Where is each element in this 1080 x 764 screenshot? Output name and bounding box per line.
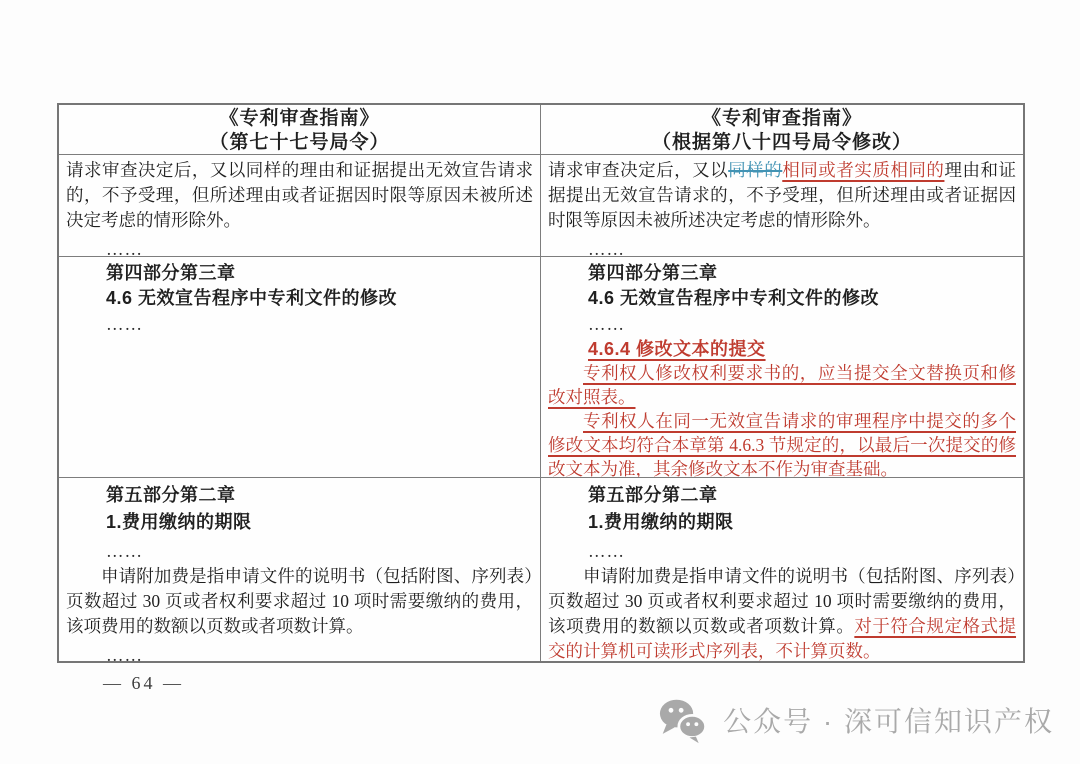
watermark-text: 公众号 · 深可信知识产权 xyxy=(723,700,1054,740)
watermark: 公众号 · 深可信知识产权 xyxy=(655,696,1054,744)
document-page: 《专利审查指南》 （第七十七号局令） 《专利审查指南》 （根据第八十四号局令修改… xyxy=(0,0,1080,764)
left-row1-paragraph: 请求审查决定后，又以同样的理由和证据提出无效宣告请求的，不予受理，但所述理由或者… xyxy=(66,158,533,233)
left-row1-ellipsis: …… xyxy=(66,237,533,257)
guideline-comparison-table: 《专利审查指南》 （第七十七号局令） 《专利审查指南》 （根据第八十四号局令修改… xyxy=(57,103,1025,663)
left-row2-section-heading: 4.6 无效宣告程序中专利文件的修改 xyxy=(66,286,533,310)
left-row3-ellipsis: …… xyxy=(66,539,533,564)
right-header-title: 《专利审查指南》 xyxy=(702,107,862,131)
right-row2-ellipsis: …… xyxy=(548,312,1016,336)
right-row2-added-paragraph-1: 专利权人修改权利要求书的，应当提交全文替换页和修改对照表。 xyxy=(548,361,1016,409)
left-row2-cell: 第四部分第三章 4.6 无效宣告程序中专利文件的修改 …… xyxy=(59,257,541,478)
left-column-header: 《专利审查指南》 （第七十七号局令） xyxy=(59,105,541,155)
left-row2-part-heading: 第四部分第三章 xyxy=(66,261,533,285)
left-row3-cell: 第五部分第二章 1.费用缴纳的期限 …… 申请附加费是指申请文件的说明书（包括附… xyxy=(59,478,541,661)
right-column-header: 《专利审查指南》 （根据第八十四号局令修改） xyxy=(541,105,1023,155)
right-row3-paragraph: 申请附加费是指申请文件的说明书（包括附图、序列表）页数超过 30 页或者权利要求… xyxy=(548,564,1016,662)
right-row2-added-heading: 4.6.4 修改文本的提交 xyxy=(548,337,1016,361)
right-row2-added-paragraph-2: 专利权人在同一无效宣告请求的审理程序中提交的多个修改文本均符合本章第 4.6.3… xyxy=(548,409,1016,478)
left-row1-cell: 请求审查决定后，又以同样的理由和证据提出无效宣告请求的，不予受理，但所述理由或者… xyxy=(59,155,541,257)
left-header-subtitle: （第七十七号局令） xyxy=(209,131,389,155)
wechat-icon xyxy=(655,696,711,744)
left-row3-paragraph: 申请附加费是指申请文件的说明书（包括附图、序列表）页数超过 30 页或者权利要求… xyxy=(66,564,533,639)
right-row2-part-heading: 第四部分第三章 xyxy=(548,261,1016,285)
right-row1-paragraph: 请求审查决定后，又以同样的相同或者实质相同的理由和证据提出无效宣告请求的，不予受… xyxy=(548,158,1016,233)
right-row2-cell: 第四部分第三章 4.6 无效宣告程序中专利文件的修改 …… 4.6.4 修改文本… xyxy=(541,257,1023,478)
left-header-title: 《专利审查指南》 xyxy=(219,107,379,131)
left-row3-section-heading: 1.费用缴纳的期限 xyxy=(66,510,533,535)
right-row3-ellipsis: …… xyxy=(548,539,1016,564)
left-row3-ellipsis-2: …… xyxy=(66,643,533,662)
right-row3-cell: 第五部分第二章 1.费用缴纳的期限 …… 申请附加费是指申请文件的说明书（包括附… xyxy=(541,478,1023,661)
right-row1-ellipsis: …… xyxy=(548,237,1016,257)
right-header-subtitle: （根据第八十四号局令修改） xyxy=(652,131,912,155)
right-row3-section-heading: 1.费用缴纳的期限 xyxy=(548,510,1016,535)
right-row2-section-heading: 4.6 无效宣告程序中专利文件的修改 xyxy=(548,286,1016,310)
left-row3-part-heading: 第五部分第二章 xyxy=(66,483,533,508)
right-row3-part-heading: 第五部分第二章 xyxy=(548,483,1016,508)
left-row2-ellipsis: …… xyxy=(66,312,533,336)
right-row1-cell: 请求审查决定后，又以同样的相同或者实质相同的理由和证据提出无效宣告请求的，不予受… xyxy=(541,155,1023,257)
page-number: — 64 — xyxy=(103,673,184,694)
